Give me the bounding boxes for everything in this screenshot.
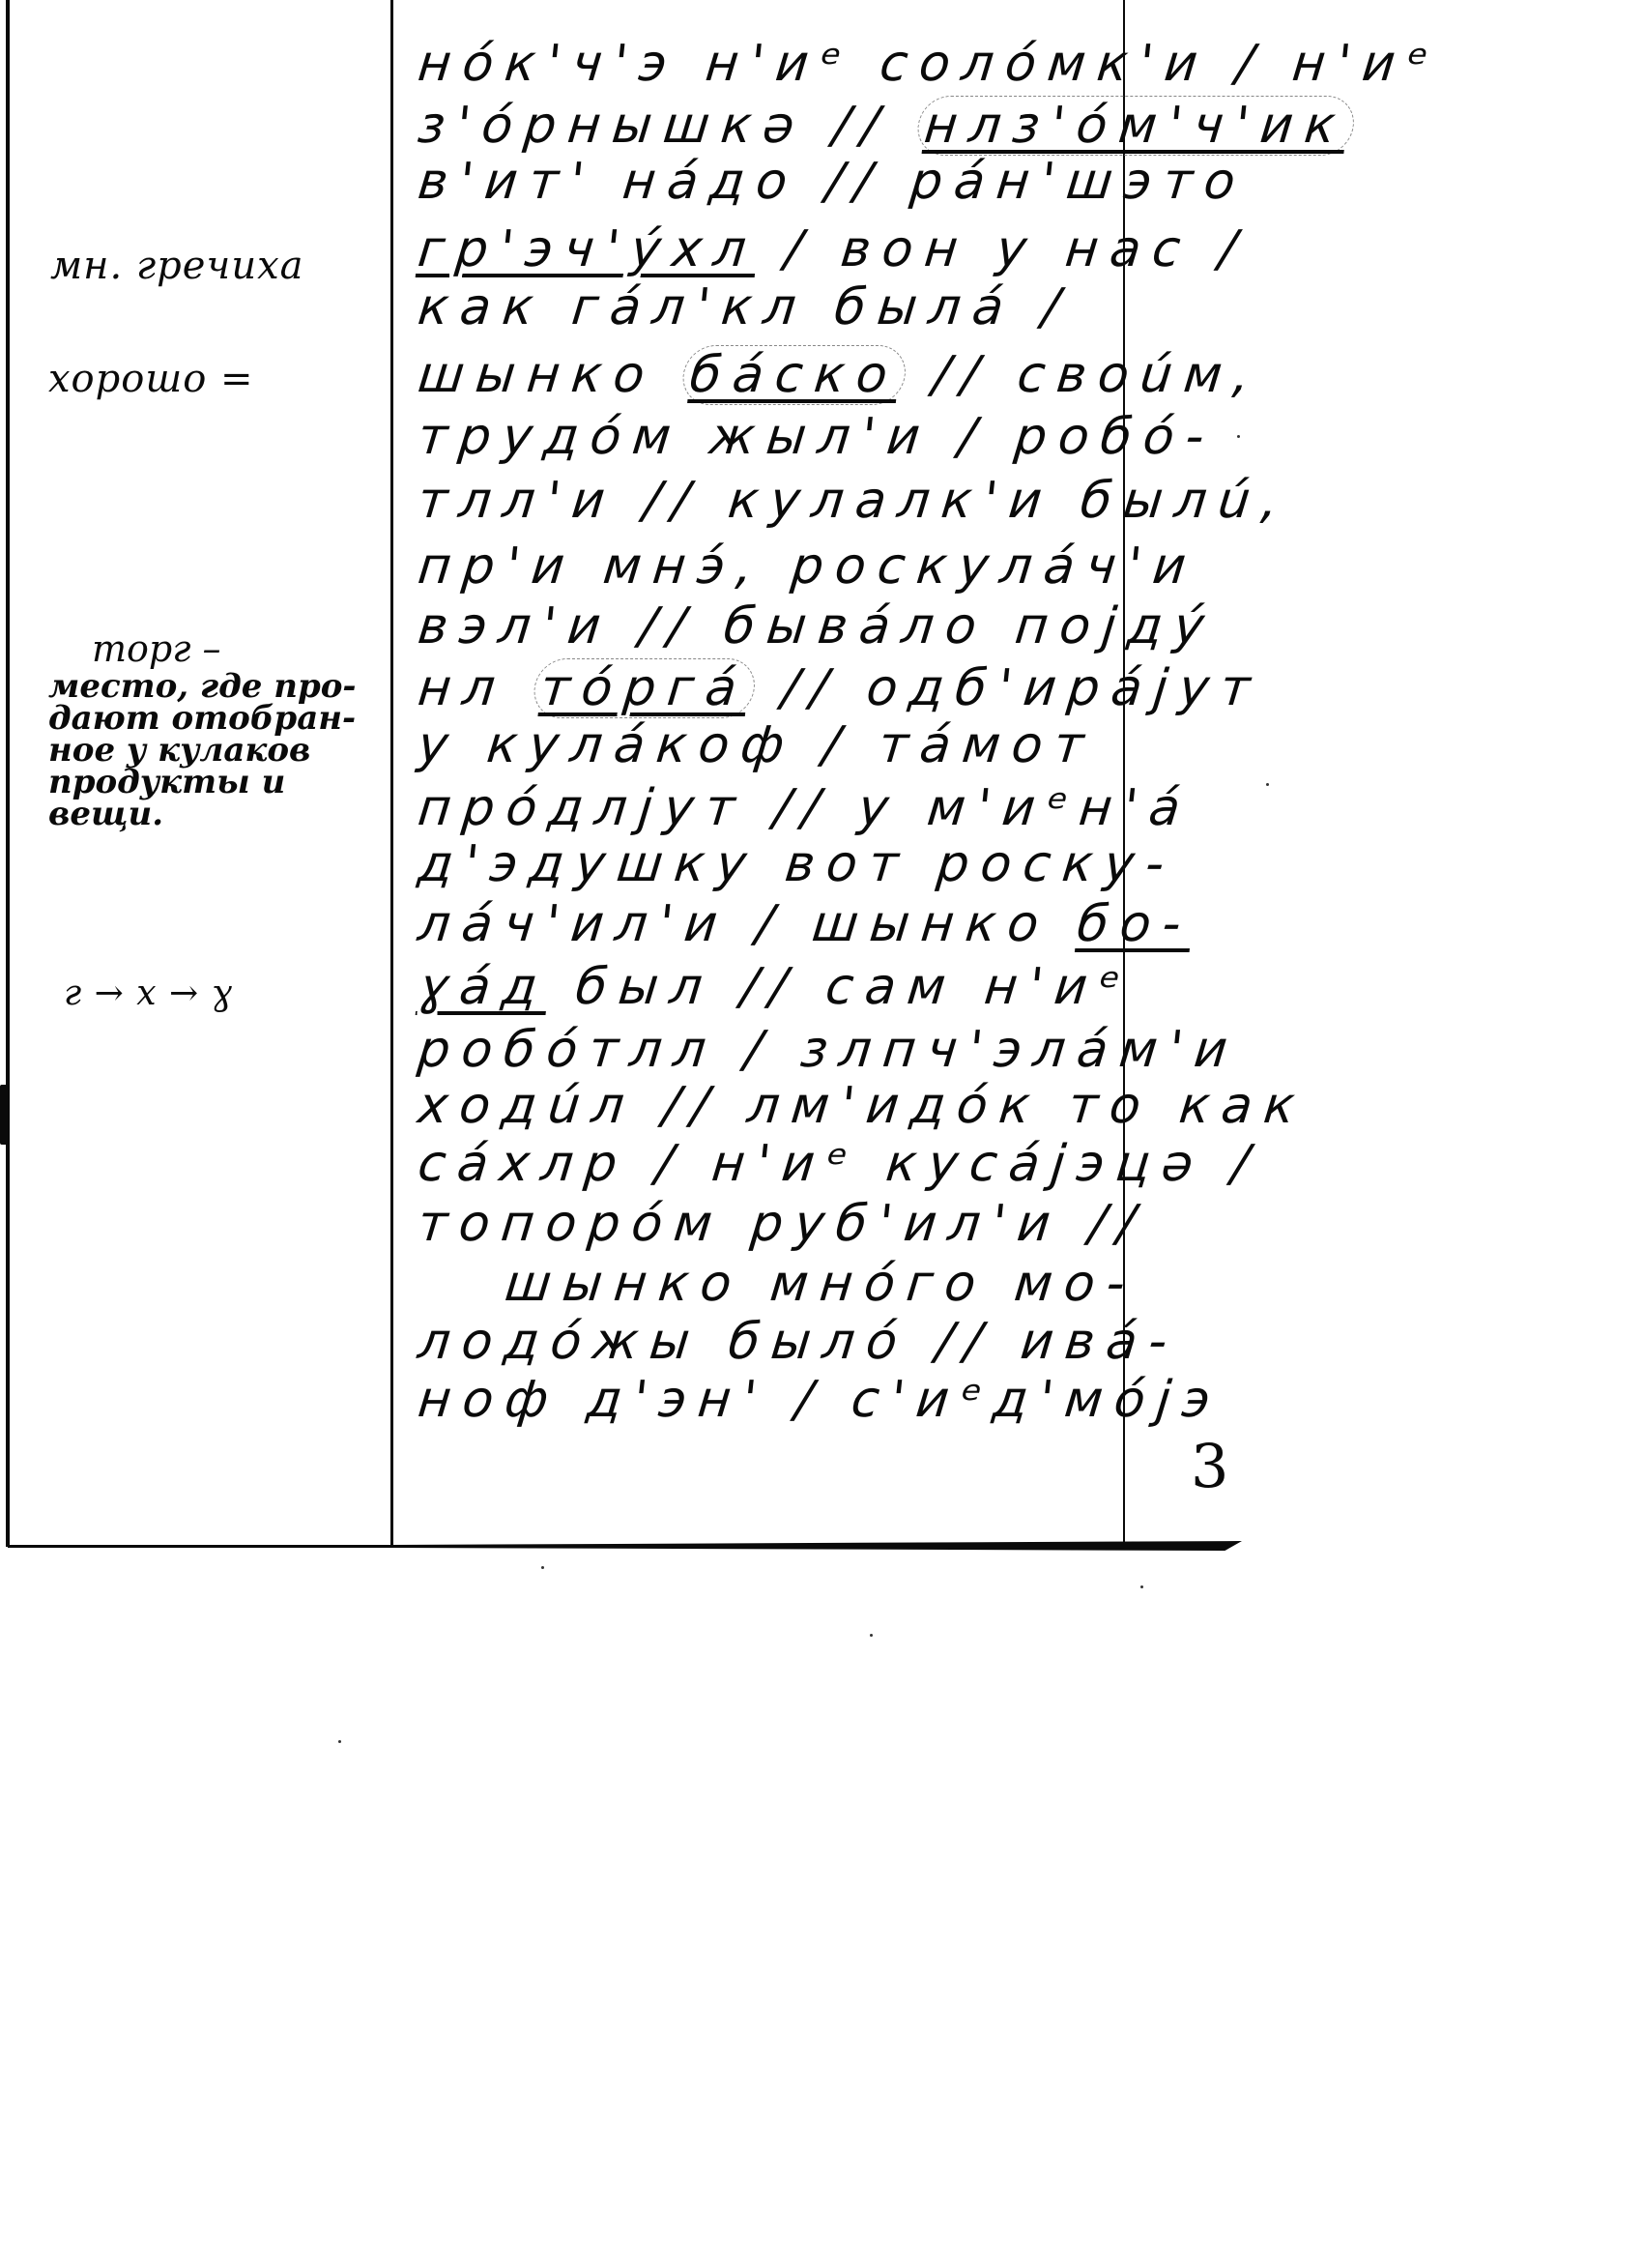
scan-speck <box>338 1740 341 1743</box>
line-text: был // сам н'иᵉ <box>545 958 1134 1016</box>
page-number: 3 <box>1191 1431 1228 1501</box>
underlined-word: гр'эч'ýхл <box>416 220 761 278</box>
scan-speck <box>541 1566 544 1569</box>
transcript-line: у кулáкоф / тáмот <box>416 720 1098 771</box>
scan-speck <box>1237 435 1240 438</box>
margin-note-torg: торг – место, где про- дают отобран- ное… <box>48 633 396 830</box>
document-page: мн. гречиха хорошо = торг – место, где п… <box>0 0 1643 2268</box>
line-text: / вон у нас / <box>755 220 1252 278</box>
line-text: // одб'ирájут <box>752 659 1265 717</box>
transcript-line: робóтлл / злпч'элáм'и <box>416 1025 1241 1075</box>
margin-note-torg-head: торг – <box>48 633 396 665</box>
line-text: ноф д'эн' / с'иᵉд'мóјэ <box>416 1371 1225 1429</box>
transcript-line: пр'и мнэ́, роскулáч'и <box>416 541 1199 592</box>
underlined-word: ɣáд <box>416 958 552 1016</box>
transcript-line: сáхлр / н'иᵉ кусájэцә / <box>416 1139 1263 1189</box>
transcript-line: прóдлjут // у м'иᵉн'á <box>416 783 1195 833</box>
line-text: робóтлл / злпч'элáм'и <box>416 1021 1242 1079</box>
transcript-line-indented: шынко мнóго мо- <box>503 1259 1139 1309</box>
transcript-line: нóк'ч'э н'иᵉ солóмк'и / н'иᵉ <box>416 39 1442 89</box>
transcript-line: ноф д'эн' / с'иᵉд'мóјэ <box>416 1375 1225 1425</box>
transcript-line: шынко бáско // своúм, <box>416 350 1263 400</box>
line-text: в'ит' нáдо // рáн'шэто <box>416 153 1250 211</box>
line-text: прóдлjут // у м'иᵉн'á <box>416 779 1195 837</box>
line-text: сáхлр / н'иᵉ кусájэцә / <box>416 1135 1264 1193</box>
line-text: пр'и мнэ́, роскулáч'и <box>416 538 1200 596</box>
transcript-line: ɣáд был // сам н'иᵉ <box>416 962 1134 1012</box>
line-text: нóк'ч'э н'иᵉ солóмк'и / н'иᵉ <box>416 35 1443 93</box>
line-text: д'эдушку вот роску- <box>416 835 1179 893</box>
transcript-line: вэл'и // бывáло поjдý <box>416 601 1218 652</box>
bottom-thick-line <box>391 1541 1242 1551</box>
line-text: тлл'и // кулалк'и былú, <box>416 472 1293 530</box>
line-text: нл <box>416 659 537 717</box>
line-text: ходúл // лм'идóк то как <box>416 1077 1310 1135</box>
line-text: шынко <box>416 346 687 404</box>
transcript-line: тлл'и // кулалк'и былú, <box>416 476 1292 526</box>
line-text: // своúм, <box>903 346 1264 404</box>
underlined-circled-word: нлз'óм'ч'ик <box>914 96 1356 156</box>
margin-note-khorosho: хорошо = <box>48 360 254 398</box>
line-text: лáч'ил'и / шынко <box>416 895 1081 953</box>
scan-speck <box>870 1634 873 1637</box>
transcript-line: гр'эч'ýхл / вон у нас / <box>416 224 1251 275</box>
margin-note-grechikha: мн. гречиха <box>50 247 303 285</box>
margin-note-sound-change: г → х → ɣ <box>64 976 233 1011</box>
transcript-line: как гáл'кл былá / <box>416 282 1074 333</box>
transcript-line: в'ит' нáдо // рáн'шэто <box>416 157 1249 207</box>
binding-clip-mark <box>0 1085 10 1145</box>
transcript-line: д'эдушку вот роску- <box>416 839 1178 889</box>
line-text: у кулáкоф / тáмот <box>416 716 1099 774</box>
line-text: трудóм жыл'и / робó- <box>416 408 1219 466</box>
left-page-edge-line <box>6 0 10 1547</box>
underlined-circled-word: тóргá <box>531 658 758 718</box>
underlined-circled-word: бáско <box>680 345 908 405</box>
bottom-thin-line <box>8 1545 394 1548</box>
transcript-line: ходúл // лм'идóк то как <box>416 1081 1309 1131</box>
line-text: шынко мнóго мо- <box>503 1255 1139 1313</box>
scan-speck <box>1140 1585 1143 1588</box>
line-text: лодóжы былó // ивá- <box>416 1313 1182 1371</box>
underlined-word: бо- <box>1075 895 1196 953</box>
line-text: з'óрнышкә // <box>416 97 921 155</box>
line-text: вэл'и // бывáло поjдý <box>416 597 1219 655</box>
line-text: как гáл'кл былá / <box>416 278 1075 336</box>
transcript-line: топорóм руб'ил'и // <box>416 1199 1149 1249</box>
transcript-line: нл тóргá // одб'ирájут <box>416 663 1264 713</box>
line-text: топорóм руб'ил'и // <box>416 1195 1150 1253</box>
transcript-line: лáч'ил'и / шынко бо- <box>416 899 1195 949</box>
transcript-line: лодóжы былó // ивá- <box>416 1317 1181 1367</box>
scan-speck <box>1266 783 1269 786</box>
transcript-line: з'óрнышкә // нлз'óм'ч'ик <box>416 101 1356 151</box>
transcript-line: трудóм жыл'и / робó- <box>416 412 1218 462</box>
margin-note-torg-line: вещи. <box>48 799 396 830</box>
